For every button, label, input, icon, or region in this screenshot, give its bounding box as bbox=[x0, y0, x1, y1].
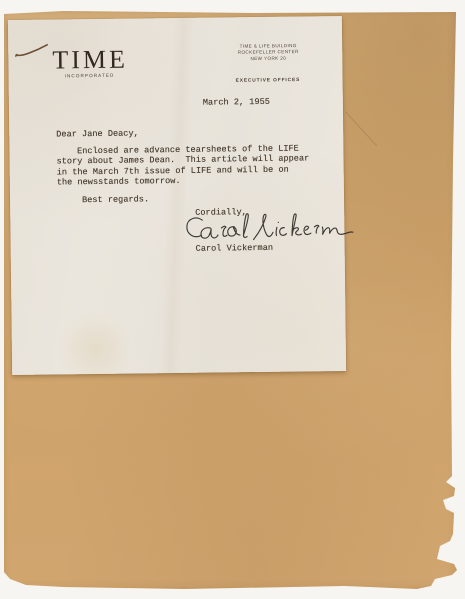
signature-carol-vickerman bbox=[187, 213, 353, 241]
pencil-mark bbox=[16, 45, 48, 57]
letter-paper: TIME INCORPORATED TIME & LIFE BUILDING R… bbox=[8, 16, 346, 375]
handwriting-overlay bbox=[8, 16, 346, 375]
backing-paper: TIME INCORPORATED TIME & LIFE BUILDING R… bbox=[4, 10, 457, 590]
photo-canvas: { "letter": { "logo_title": "TIME", "log… bbox=[0, 0, 465, 599]
typed-name: Carol Vickerman bbox=[196, 243, 273, 254]
